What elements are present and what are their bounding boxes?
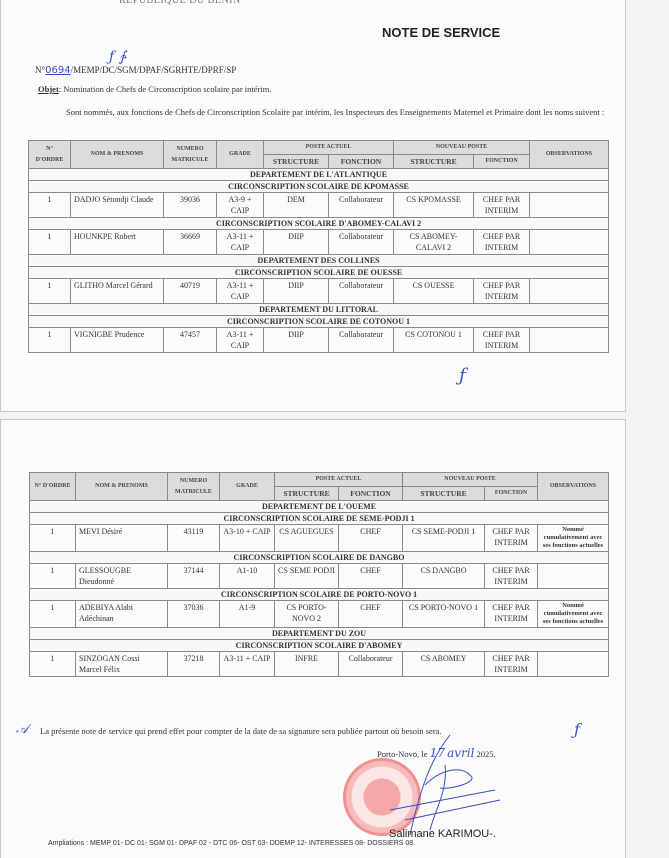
cell-nom: HOUNKPE Robert — [71, 230, 164, 255]
cell-structure-actuelle: DIIP — [264, 279, 329, 304]
cell-structure-actuelle: DIIP — [264, 328, 329, 353]
cell-ordre: 1 — [30, 652, 76, 677]
cell-nom: MEVI Désiré — [76, 525, 168, 552]
cell-structure-nouvelle: CS SEME-PODJI 1 — [403, 525, 485, 552]
cell-nom: SINZOGAN Cossi Marcel Félix — [76, 652, 168, 677]
cell-structure-actuelle: DIIP — [264, 230, 329, 255]
nominations-table-page-2: N° D'ORDRE NOM & PRENOMS NUMERO MATRICUL… — [29, 472, 609, 677]
cell-fonction-nouvelle: CHEF PAR INTERIM — [474, 193, 530, 218]
cell-nom: ADEBIYA Alabi Adéchinan — [76, 601, 168, 628]
paraph-handwriting-icon: ƒ — [459, 365, 466, 386]
ref-prefix: N° — [35, 65, 45, 75]
cell-structure-nouvelle: CS PORTO-NOVO 1 — [403, 601, 485, 628]
cell-structure-nouvelle: CS COTONOU 1 — [394, 328, 474, 353]
objet-line: Objet: Nomination de Chefs de Circonscri… — [38, 84, 271, 94]
cell-fonction-actuelle: Collaborateur — [329, 279, 394, 304]
cell-fonction-nouvelle: CHEF PAR INTERIM — [474, 328, 530, 353]
circonscription-row: CIRCONSCRIPTION SCOLAIRE DE KPOMASSE — [29, 181, 609, 193]
department-row: DEPARTEMENT DES COLLINES — [29, 255, 609, 267]
cell-observations — [530, 230, 609, 255]
department-row: DEPARTEMENT DE L'ATLANTIQUE — [29, 169, 609, 181]
signature-icon — [370, 730, 510, 840]
department-label: DEPARTEMENT DES COLLINES — [29, 255, 609, 267]
cell-grade: A3-11 + CAIP — [220, 652, 275, 677]
col-matricule: NUMERO MATRICULE — [164, 141, 217, 169]
cell-nom: GLESSOUGBE Dieudonné — [76, 564, 168, 589]
col-ordre: N° D'ORDRE — [29, 141, 71, 169]
reference-number: N°0694/MEMP/DC/SGM/DPAF/SGRHTE/DPRF/SP — [35, 65, 236, 76]
cell-fonction-nouvelle: CHEF PAR INTERIM — [474, 279, 530, 304]
table-row: 1DADJO Sètondji Claude39036A3-9 + CAIPDE… — [29, 193, 609, 218]
nominations-table-page-1: N° D'ORDRE NOM & PRENOMS NUMERO MATRICUL… — [28, 140, 609, 353]
cell-observations — [530, 193, 609, 218]
cell-ordre: 1 — [29, 279, 71, 304]
cell-observations: Nommé cumulativement avec ses fonctions … — [538, 525, 609, 552]
cell-grade: A3-9 + CAIP — [217, 193, 264, 218]
cell-grade: A3-10 + CAIP — [220, 525, 275, 552]
cell-grade: A3-11 + CAIP — [217, 279, 264, 304]
cell-structure-nouvelle: CS DANGBO — [403, 564, 485, 589]
cell-structure-nouvelle: CS OUESSE — [394, 279, 474, 304]
objet-text: : Nomination de Chefs de Circonscription… — [59, 84, 272, 94]
cell-matricule: 36669 — [164, 230, 217, 255]
cell-nom: DADJO Sètondji Claude — [71, 193, 164, 218]
cell-structure-actuelle: CS AGUEGUES — [275, 525, 339, 552]
cell-fonction-actuelle: CHEF — [339, 525, 403, 552]
cell-ordre: 1 — [29, 328, 71, 353]
circonscription-row: CIRCONSCRIPTION SCOLAIRE DE SEME-PODJI 1 — [30, 513, 609, 525]
circonscription-label: CIRCONSCRIPTION SCOLAIRE DE KPOMASSE — [29, 181, 609, 193]
cell-ordre: 1 — [29, 193, 71, 218]
cell-matricule: 39036 — [164, 193, 217, 218]
document-title: NOTE DE SERVICE — [382, 25, 500, 40]
circonscription-row: CIRCONSCRIPTION SCOLAIRE DE COTONOU 1 — [29, 316, 609, 328]
table-row: 1MEVI Désiré43119A3-10 + CAIPCS AGUEGUES… — [30, 525, 609, 552]
cell-fonction-actuelle: CHEF — [339, 564, 403, 589]
col-structure-nouvelle: STRUCTURE — [394, 155, 474, 169]
cell-fonction-nouvelle: CHEF PAR INTERIM — [485, 601, 538, 628]
circonscription-label: CIRCONSCRIPTION SCOLAIRE D'ABOMEY — [30, 640, 609, 652]
cell-observations — [530, 328, 609, 353]
ref-suffix: /MEMP/DC/SGM/DPAF/SGRHTE/DPRF/SP — [71, 65, 237, 75]
cell-matricule: 37036 — [168, 601, 220, 628]
paraph-mark-icon: 𝒜 — [16, 722, 28, 737]
cell-structure-actuelle: CS SEME PODJI — [275, 564, 339, 589]
table-row: 1VIGNIGBE Prudence47457A3-11 + CAIPDIIPC… — [29, 328, 609, 353]
cell-structure-nouvelle: CS KPOMASSE — [394, 193, 474, 218]
cell-grade: A3-11 + CAIP — [217, 230, 264, 255]
circonscription-row: CIRCONSCRIPTION SCOLAIRE DE PORTO-NOVO 1 — [30, 589, 609, 601]
cell-matricule: 40719 — [164, 279, 217, 304]
ref-handwritten-number: 0694 — [45, 65, 70, 76]
circonscription-label: CIRCONSCRIPTION SCOLAIRE DE PORTO-NOVO 1 — [30, 589, 609, 601]
col-poste-actuel: POSTE ACTUEL — [264, 141, 394, 155]
cell-fonction-actuelle: Collaborateur — [329, 193, 394, 218]
col-nom: NOM & PRENOMS — [76, 473, 168, 501]
cell-fonction-nouvelle: CHEF PAR INTERIM — [485, 564, 538, 589]
cell-grade: A1-10 — [220, 564, 275, 589]
cell-matricule: 47457 — [164, 328, 217, 353]
cell-grade: A3-11 + CAIP — [217, 328, 264, 353]
cell-fonction-actuelle: CHEF — [339, 601, 403, 628]
objet-label: Objet — [38, 84, 59, 94]
circonscription-label: CIRCONSCRIPTION SCOLAIRE DE COTONOU 1 — [29, 316, 609, 328]
col-structure-nouvelle: STRUCTURE — [403, 487, 485, 501]
circonscription-label: CIRCONSCRIPTION SCOLAIRE D'ABOMEY-CALAVI… — [29, 218, 609, 230]
country-header: REPUBLIQUE DU BENIN — [119, 0, 241, 6]
department-row: DEPARTEMENT DE L'OUEME — [30, 501, 609, 513]
col-fonction-nouvelle: FONCTION — [474, 155, 530, 169]
col-poste-actuel: POSTE ACTUEL — [275, 473, 403, 487]
cell-structure-nouvelle: CS ABOMEY — [403, 652, 485, 677]
cell-matricule: 37218 — [168, 652, 220, 677]
col-structure-actuelle: STRUCTURE — [264, 155, 329, 169]
department-row: DEPARTEMENT DU LITTORAL — [29, 304, 609, 316]
col-matricule: NUMERO MATRICULE — [168, 473, 220, 501]
cell-ordre: 1 — [30, 601, 76, 628]
col-fonction-actuelle: FONCTION — [339, 487, 403, 501]
cell-ordre: 1 — [29, 230, 71, 255]
col-nom: NOM & PRENOMS — [71, 141, 164, 169]
cell-nom: VIGNIGBE Prudence — [71, 328, 164, 353]
circonscription-row: CIRCONSCRIPTION SCOLAIRE DE OUESSE — [29, 267, 609, 279]
cell-ordre: 1 — [30, 525, 76, 552]
cell-structure-actuelle: CS PORTO-NOVO 2 — [275, 601, 339, 628]
cell-structure-actuelle: DEM — [264, 193, 329, 218]
table-row: 1SINZOGAN Cossi Marcel Félix37218A3-11 +… — [30, 652, 609, 677]
cell-ordre: 1 — [30, 564, 76, 589]
signer-name: Salimane KARIMOU-. — [389, 828, 496, 840]
department-label: DEPARTEMENT DU ZOU — [30, 628, 609, 640]
cell-structure-actuelle: INFRE — [275, 652, 339, 677]
cell-observations: Nommé cumulativement avec ses fonctions … — [538, 601, 609, 628]
table-row: 1HOUNKPE Robert36669A3-11 + CAIPDIIPColl… — [29, 230, 609, 255]
cell-fonction-nouvelle: CHEF PAR INTERIM — [485, 652, 538, 677]
col-fonction-nouvelle: FONCTION — [485, 487, 538, 501]
department-label: DEPARTEMENT DE L'ATLANTIQUE — [29, 169, 609, 181]
col-nouveau-poste: NOUVEAU POSTE — [403, 473, 538, 487]
circonscription-label: CIRCONSCRIPTION SCOLAIRE DE DANGBO — [30, 552, 609, 564]
cell-fonction-nouvelle: CHEF PAR INTERIM — [485, 525, 538, 552]
department-label: DEPARTEMENT DE L'OUEME — [30, 501, 609, 513]
col-observations: OBSERVATIONS — [530, 141, 609, 169]
col-grade: GRADE — [217, 141, 264, 169]
cell-fonction-nouvelle: CHEF PAR INTERIM — [474, 230, 530, 255]
department-label: DEPARTEMENT DU LITTORAL — [29, 304, 609, 316]
col-structure-actuelle: STRUCTURE — [275, 487, 339, 501]
cell-matricule: 43119 — [168, 525, 220, 552]
circonscription-label: CIRCONSCRIPTION SCOLAIRE DE OUESSE — [29, 267, 609, 279]
circonscription-row: CIRCONSCRIPTION SCOLAIRE D'ABOMEY — [30, 640, 609, 652]
col-fonction-actuelle: FONCTION — [329, 155, 394, 169]
circonscription-label: CIRCONSCRIPTION SCOLAIRE DE SEME-PODJI 1 — [30, 513, 609, 525]
circonscription-row: CIRCONSCRIPTION SCOLAIRE D'ABOMEY-CALAVI… — [29, 218, 609, 230]
cell-nom: GLITHO Marcel Gérard — [71, 279, 164, 304]
col-grade: GRADE — [220, 473, 275, 501]
cell-fonction-actuelle: Collaborateur — [329, 328, 394, 353]
col-observations: OBSERVATIONS — [538, 473, 609, 501]
col-nouveau-poste: NOUVEAU POSTE — [394, 141, 530, 155]
cell-fonction-actuelle: Collaborateur — [329, 230, 394, 255]
cell-matricule: 37144 — [168, 564, 220, 589]
table-row: 1ADEBIYA Alabi Adéchinan37036A1-9CS PORT… — [30, 601, 609, 628]
department-row: DEPARTEMENT DU ZOU — [30, 628, 609, 640]
ampliations: Ampliations : MEMP 01- DC 01- SGM 01- DP… — [48, 840, 415, 847]
col-ordre: N° D'ORDRE — [30, 473, 76, 501]
table-row: 1GLESSOUGBE Dieudonné37144A1-10CS SEME P… — [30, 564, 609, 589]
intro-paragraph: Sont nommés, aux fonctions de Chefs de C… — [38, 105, 608, 119]
table-row: 1GLITHO Marcel Gérard40719A3-11 + CAIPDI… — [29, 279, 609, 304]
cell-grade: A1-9 — [220, 601, 275, 628]
cell-observations — [538, 652, 609, 677]
document-page-1: REPUBLIQUE DU BENIN NOTE DE SERVICE N°06… — [0, 0, 626, 412]
circonscription-row: CIRCONSCRIPTION SCOLAIRE DE DANGBO — [30, 552, 609, 564]
cell-fonction-actuelle: Collaborateur — [339, 652, 403, 677]
paraph-end-icon: ƒ — [574, 720, 580, 739]
initials-handwriting-icon: ƒ ∱ — [109, 49, 126, 65]
cell-observations — [530, 279, 609, 304]
cell-structure-nouvelle: CS ABOMEY-CALAVI 2 — [394, 230, 474, 255]
cell-observations — [538, 564, 609, 589]
